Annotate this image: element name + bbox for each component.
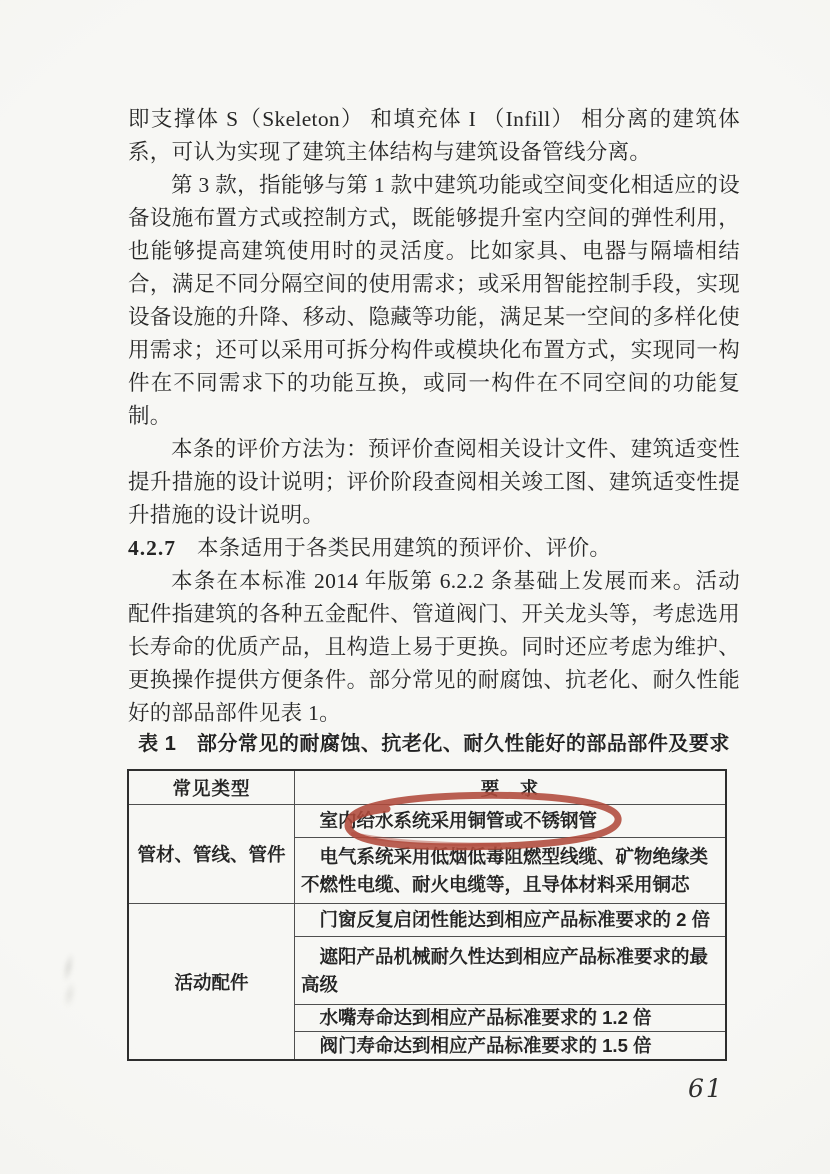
body-text: 即支撑体 S（Skeleton） 和填充体 I （Infill） 相分离的建筑体…	[128, 103, 740, 730]
table-cell-group1-req1: 室内给水系统采用铜管或不锈钢管	[295, 805, 725, 838]
scanned-document-page: 即支撑体 S（Skeleton） 和填充体 I （Infill） 相分离的建筑体…	[0, 0, 830, 1174]
scan-smudge	[46, 945, 93, 1017]
clause-number: 4.2.7	[128, 536, 176, 560]
table-cell-group2-type: 活动配件	[129, 904, 295, 1059]
table-caption: 表 1 部分常见的耐腐蚀、抗老化、耐久性能好的部品部件及要求	[128, 731, 740, 757]
page-number: 61	[688, 1074, 724, 1103]
paragraph-continuation: 即支撑体 S（Skeleton） 和填充体 I （Infill） 相分离的建筑体…	[128, 103, 740, 169]
table-header-requirement: 要 求	[295, 771, 725, 805]
paragraph-evaluation-method: 本条的评价方法为：预评价查阅相关设计文件、建筑适变性提升措施的设计说明；评价阶段…	[128, 433, 740, 532]
paragraph-history: 本条在本标准 2014 年版第 6.2.2 条基础上发展而来。活动配件指建筑的各…	[128, 565, 740, 730]
paragraph-clause3: 第 3 款，指能够与第 1 款中建筑功能或空间变化相适应的设备设施布置方式或控制…	[128, 169, 740, 433]
table-cell-group2-req3: 水嘴寿命达到相应产品标准要求的 1.2 倍	[295, 1005, 725, 1032]
clause-text: 本条适用于各类民用建筑的预评价、评价。	[197, 536, 611, 560]
requirements-table: 常见类型 要 求 管材、管线、管件 室内给水系统采用铜管或不锈钢管 电气系统采用…	[127, 769, 727, 1061]
table-cell-group1-type: 管材、管线、管件	[129, 805, 295, 904]
table-cell-group2-req2: 遮阳产品机械耐久性达到相应产品标准要求的最高级	[295, 937, 725, 1005]
table-header-type: 常见类型	[129, 771, 295, 805]
table-cell-group1-req2: 电气系统采用低烟低毒阻燃型线缆、矿物绝缘类不燃性电缆、耐火电缆等，且导体材料采用…	[295, 838, 725, 904]
table-cell-group2-req1: 门窗反复启闭性能达到相应产品标准要求的 2 倍	[295, 904, 725, 937]
table-cell-group2-req4: 阀门寿命达到相应产品标准要求的 1.5 倍	[295, 1032, 725, 1059]
clause-4-2-7: 4.2.7本条适用于各类民用建筑的预评价、评价。	[128, 532, 740, 565]
